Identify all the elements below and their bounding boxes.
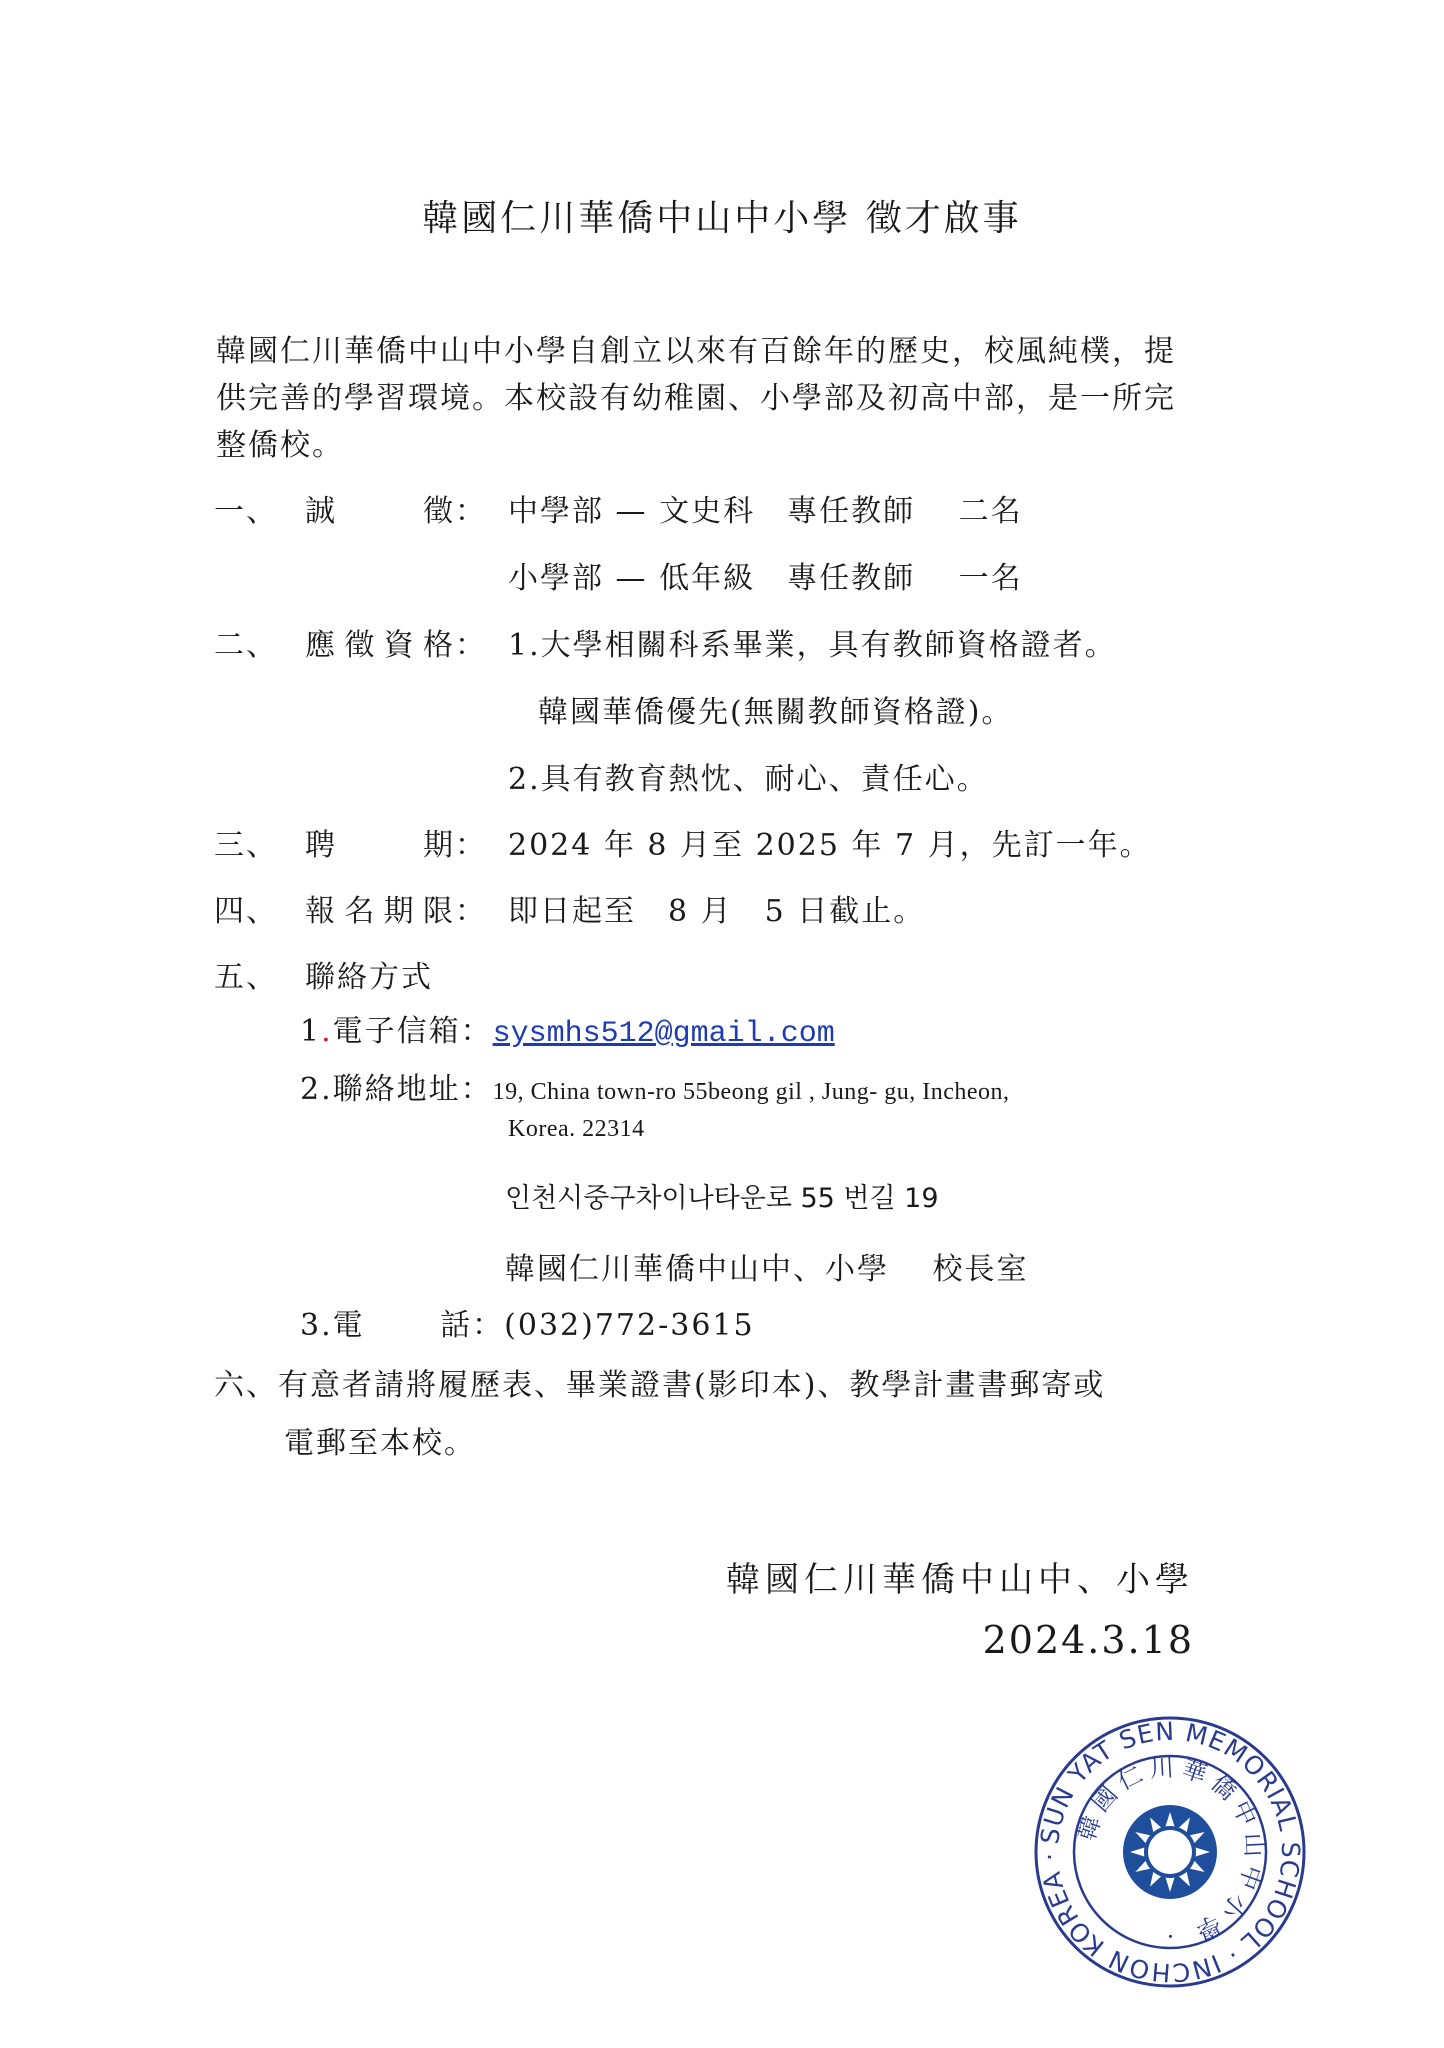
contact-email-row: 1.電子信箱：sysmhs512@gmail.com (300, 1006, 835, 1051)
section-5-label: 聯絡方式 (305, 952, 433, 996)
section-6-number: 六、有意者請將履歷表、畢業證書(影印本)、教學計畫書郵寄或 (214, 1360, 1105, 1404)
sun-emblem-icon (1123, 1805, 1217, 1899)
intro-line: 整僑校。 (216, 422, 1236, 469)
section-3-label-text: 聘 期 (305, 820, 455, 864)
section-4-label-text: 報名期限 (305, 886, 455, 930)
phone-value: ：(032)772-3615 (472, 1308, 754, 1343)
section-2-label-text: 應徵資格 (305, 620, 455, 664)
phone-label: 3.電 話 (300, 1308, 472, 1343)
section-3-number: 三、 (214, 820, 278, 864)
section-4-label: 報名期限： (305, 886, 487, 930)
address-office: 韓國仁川華僑中山中、小學 校長室 (505, 1244, 1029, 1288)
section-3-label: 聘 期： (305, 820, 487, 864)
intro-line: 供完善的學習環境。本校設有幼稚園、小學部及初高中部，是一所完 (216, 375, 1236, 422)
contact-phone-row: 3.電 話：(032)772-3615 (300, 1300, 755, 1344)
intro-paragraph: 韓國仁川華僑中山中小學自創立以來有百餘年的歷史，校風純樸，提 供完善的學習環境。… (216, 328, 1236, 469)
section-2-number: 二、 (214, 620, 278, 664)
application-deadline: 即日起至 8 月 5 日截止。 (508, 886, 925, 930)
school-seal: SUN YAT SEN MEMORIAL SCHOOL · INCHON KOR… (1030, 1712, 1310, 1992)
issue-date: 2024.3.18 (983, 1618, 1194, 1662)
qualification-1-note: 韓國華僑優先(無關教師資格證)。 (538, 687, 1013, 731)
address-label: 2.聯絡地址： (300, 1072, 493, 1107)
intro-line: 韓國仁川華僑中山中小學自創立以來有百餘年的歷史，校風純樸，提 (216, 328, 1236, 375)
position-primary: 小學部 — 低年級 專任教師 一名 (508, 553, 1023, 597)
section-1-number: 一、 (214, 486, 278, 530)
section-6-text-1: 有意者請將履歷表、畢業證書(影印本)、教學計畫書郵寄或 (278, 1368, 1105, 1403)
section-1-label: 誠 徵： (305, 486, 487, 530)
section-5-number: 五、 (214, 952, 278, 996)
qualification-2: 2.具有教育熱忱、耐心、責任心。 (508, 754, 989, 798)
email-label: 電子信箱： (333, 1014, 493, 1049)
section-1-label-text: 誠 徵 (305, 486, 455, 530)
address-line-2: Korea. 22314 (508, 1116, 645, 1143)
section-4-number: 四、 (214, 886, 278, 930)
position-secondary: 中學部 — 文史科 專任教師 二名 (508, 486, 1023, 530)
contact-address-row: 2.聯絡地址：19, China town-ro 55beong gil , J… (300, 1064, 1010, 1108)
email-link[interactable]: sysmhs512@gmail.com (493, 1017, 835, 1051)
address-korean: 인천시중구차이나타운로 55 번길 19 (505, 1176, 939, 1215)
page-title: 韓國仁川華僑中山中小學 徵才啟事 (0, 190, 1444, 241)
address-line-1: 19, China town-ro 55beong gil , Jung- gu… (493, 1079, 1010, 1105)
employment-period: 2024 年 8 月至 2025 年 7 月，先訂一年。 (508, 820, 1152, 864)
signature: 韓國仁川華僑中山中、小學 (726, 1552, 1194, 1601)
section-2-label: 應徵資格： (305, 620, 487, 664)
section-6-text-2: 電郵至本校。 (284, 1418, 476, 1462)
seal-icon: SUN YAT SEN MEMORIAL SCHOOL · INCHON KOR… (1030, 1712, 1310, 1992)
qualification-1: 1.大學相關科系畢業，具有教師資格證者。 (508, 620, 1117, 664)
